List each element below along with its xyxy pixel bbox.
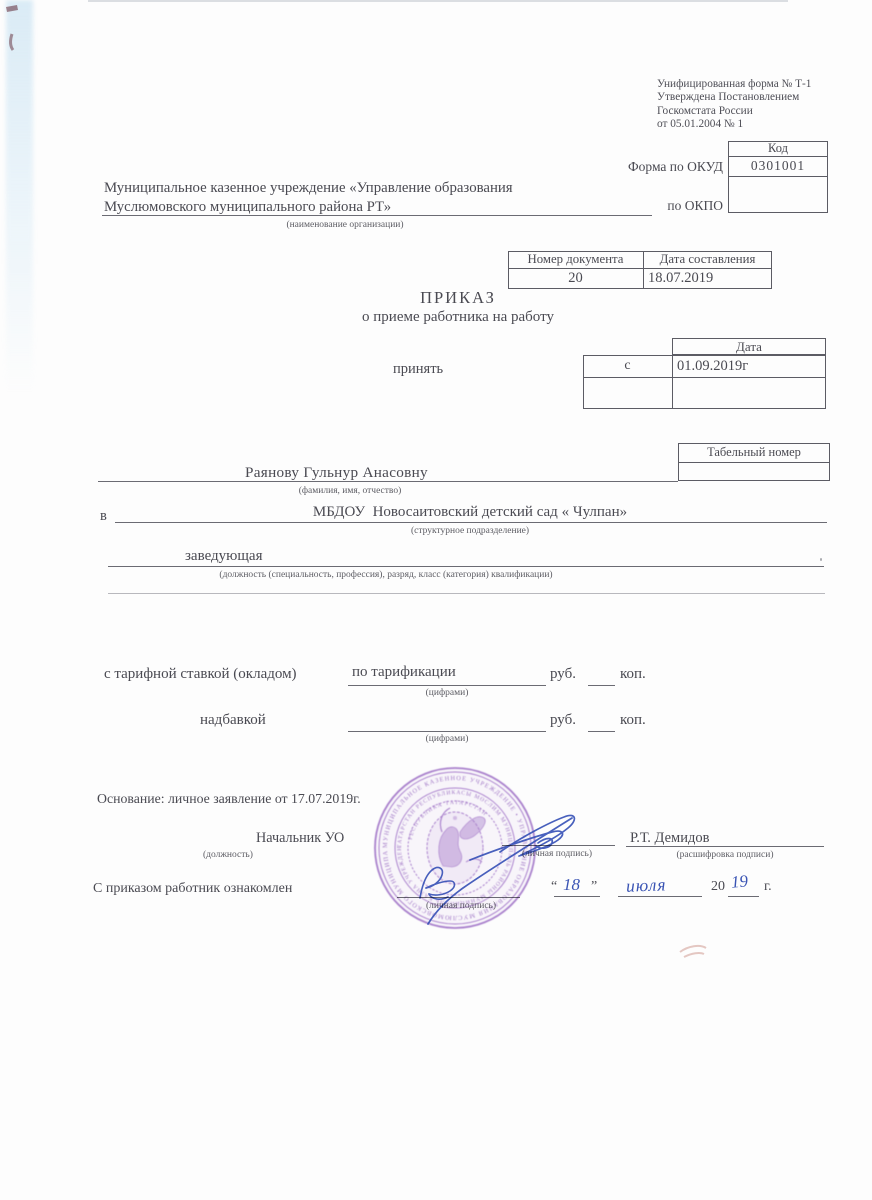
- form-reference-line: от 05.01.2004 № 1: [657, 118, 869, 131]
- ink-speck: [820, 558, 822, 561]
- ack-signature-line: [397, 897, 520, 898]
- head-name-caption: (расшифровка подписи): [626, 850, 824, 860]
- date-open-quote: “: [551, 879, 557, 895]
- rub-label: руб.: [550, 712, 576, 729]
- kopeck-blank: [588, 685, 615, 686]
- document-subtitle: о приеме работника на работу: [252, 309, 664, 326]
- basis-text: Основание: личное заявление от 17.07.201…: [97, 791, 361, 807]
- document-title: ПРИКАЗ: [252, 288, 664, 308]
- date-day-handwritten: 18: [563, 875, 580, 895]
- position-underline: [108, 566, 824, 567]
- date-month-underline: [618, 896, 702, 897]
- doc-number-header: Номер документа: [508, 251, 643, 268]
- scanned-order-document: Унифицированная форма № Т-1 Утверждена П…: [0, 0, 872, 1200]
- date-close-quote: ”: [591, 879, 597, 895]
- stamp-inner-ring-text: РЕСПУБЛИКА ТАТАРСТАН: [408, 800, 488, 841]
- organization-name-line2: Муслюмовского муниципального района РТ»: [104, 199, 391, 216]
- salary-underline: [348, 685, 546, 686]
- svg-text:РЕСПУБЛИКА ТАТАРСТАН: РЕСПУБЛИКА ТАТАРСТАН: [408, 800, 488, 841]
- digits-caption: (цифрами): [348, 688, 546, 698]
- employee-signature: [420, 868, 455, 900]
- okud-label: Форма по ОКУД: [560, 159, 723, 175]
- stamp-outer-ring-text: МУНИЦИПАЛЬНОЕ КАЗЕННОЕ УЧРЕЖДЕНИЕ • УПРА…: [0, 0, 528, 921]
- doc-date-header: Дата составления: [643, 251, 772, 268]
- date-day-underline: [554, 896, 600, 897]
- structural-unit: МБДОУ Новосаитовский детский сад « Чулпа…: [115, 504, 825, 521]
- salary-label: с тарифной ставкой (окладом): [104, 666, 297, 683]
- head-name: Р.Т. Демидов: [630, 830, 709, 847]
- hire-from-label-cell: с: [583, 355, 672, 377]
- bonus-label: надбавкой: [200, 712, 266, 729]
- hire-table-line: [583, 377, 826, 378]
- date-year-suffix: г.: [764, 879, 772, 895]
- organization-caption: (наименование организации): [195, 220, 495, 230]
- hire-action-label: принять: [393, 361, 443, 378]
- position-value: заведующая: [185, 548, 262, 565]
- in-label: в: [100, 508, 107, 525]
- form-reference-line: Госкомстата России: [657, 105, 869, 118]
- personnel-number-header: Табельный номер: [678, 443, 830, 462]
- kop-label: коп.: [620, 666, 646, 683]
- organization-underline: [102, 215, 652, 216]
- okud-code-cell: 0301001: [728, 156, 828, 176]
- head-position-caption: (должность): [203, 850, 253, 860]
- extra-blank-line: [108, 593, 825, 594]
- svg-text:ТАТАРСТАН РЕСПУБЛИКАСЫ МӨСЛИМ: ТАТАРСТАН РЕСПУБЛИКАСЫ МӨСЛИМ МУНИЦИПАЛЬ…: [0, 0, 513, 906]
- rub-label: руб.: [550, 666, 576, 683]
- salary-value: по тарификации: [352, 664, 456, 681]
- stamp-emblem: [427, 808, 485, 884]
- date-year-handwritten: 19: [730, 871, 749, 892]
- stamp-middle-ring-text: ТАТАРСТАН РЕСПУБЛИКАСЫ МӨСЛИМ МУНИЦИПАЛЬ…: [0, 0, 513, 906]
- organization-name-line1: Муниципальное казенное учреждение «Управ…: [104, 180, 513, 197]
- date-year-underline: [728, 896, 759, 897]
- scan-top-edge: [88, 0, 788, 2]
- svg-text:МУНИЦИПАЛЬНОЕ КАЗЕННОЕ УЧРЕЖДЕ: МУНИЦИПАЛЬНОЕ КАЗЕННОЕ УЧРЕЖДЕНИЕ • УПРА…: [0, 0, 528, 921]
- date-month-handwritten: июля: [626, 874, 667, 896]
- bonus-underline: [348, 731, 546, 732]
- acknowledged-label: С приказом работник ознакомлен: [93, 881, 292, 897]
- hire-date-header: Дата: [672, 338, 826, 355]
- employee-name-caption: (фамилия, имя, отчество): [200, 486, 500, 496]
- form-reference-line: Унифицированная форма № Т-1: [657, 78, 869, 91]
- digits-caption: (цифрами): [348, 734, 546, 744]
- form-reference-block: Унифицированная форма № Т-1 Утверждена П…: [657, 78, 869, 132]
- kop-label: коп.: [620, 712, 646, 729]
- structural-unit-underline: [115, 522, 827, 523]
- code-header-cell: Код: [728, 141, 828, 156]
- employee-name: Раянову Гульнур Анасовну: [245, 464, 428, 481]
- scan-edge-artifact: [6, 0, 33, 392]
- employee-name-underline: [98, 481, 678, 482]
- personal-signature-caption: (личная подпись): [396, 901, 526, 911]
- structural-unit-caption: (структурное подразделение): [115, 526, 825, 536]
- kopeck-blank: [588, 731, 615, 732]
- doc-number-value: 20: [508, 268, 643, 289]
- okpo-label: по ОКПО: [560, 198, 723, 214]
- head-position: Начальник УО: [256, 830, 344, 846]
- head-name-underline: [626, 846, 824, 847]
- personnel-number-value: [678, 462, 830, 481]
- date-century: 20: [711, 879, 725, 895]
- okpo-value-cell: [728, 176, 828, 213]
- hire-from-date-cell: 01.09.2019г: [672, 355, 826, 377]
- signature-line: [502, 845, 615, 846]
- personal-signature-caption: (личная подпись): [492, 849, 622, 859]
- form-reference-line: Утверждена Постановлением: [657, 91, 869, 104]
- doc-date-value: 18.07.2019: [643, 268, 772, 289]
- position-caption: (должность (специальность, профессия), р…: [108, 570, 664, 580]
